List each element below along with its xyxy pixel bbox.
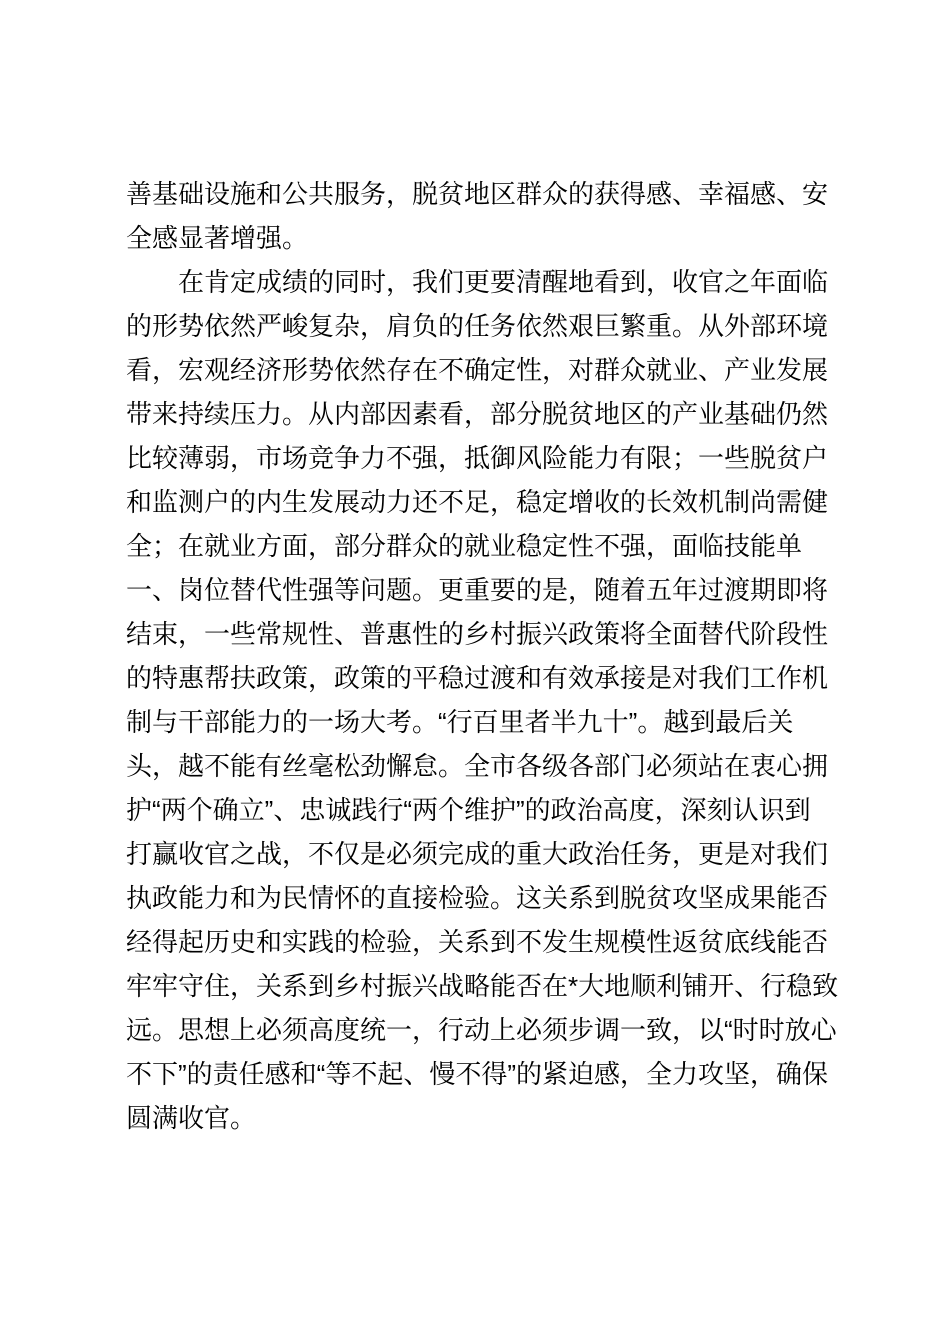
text-line: 打赢收官之战，不仅是必须完成的重大政治任务，更是对我们 — [126, 832, 842, 876]
document-page: 善基础设施和公共服务，脱贫地区群众的获得感、幸福感、安 全感显著增强。 在肯定成… — [0, 0, 950, 1344]
text-line: 在肯定成绩的同时，我们更要清醒地看到，收官之年面临 — [126, 260, 842, 304]
text-line: 一、岗位替代性强等问题。更重要的是，随着五年过渡期即将 — [126, 568, 842, 612]
paragraph: 在肯定成绩的同时，我们更要清醒地看到，收官之年面临 的形势依然严峻复杂，肩负的任… — [126, 260, 842, 1140]
text-line: 圆满收官。 — [126, 1096, 842, 1140]
text-line: 结束，一些常规性、普惠性的乡村振兴政策将全面替代阶段性 — [126, 612, 842, 656]
paragraph-continuation: 善基础设施和公共服务，脱贫地区群众的获得感、幸福感、安 全感显著增强。 — [126, 172, 842, 260]
text-line: 的形势依然严峻复杂，肩负的任务依然艰巨繁重。从外部环境 — [126, 304, 842, 348]
text-line: 头，越不能有丝毫松劲懈怠。全市各级各部门必须站在衷心拥 — [126, 744, 842, 788]
text-line: 比较薄弱，市场竞争力不强，抵御风险能力有限；一些脱贫户 — [126, 436, 842, 480]
text-line: 全；在就业方面，部分群众的就业稳定性不强，面临技能单 — [126, 524, 842, 568]
text-line: 带来持续压力。从内部因素看，部分脱贫地区的产业基础仍然 — [126, 392, 842, 436]
text-line: 善基础设施和公共服务，脱贫地区群众的获得感、幸福感、安 — [126, 172, 842, 216]
text-line: 制与干部能力的一场大考。“行百里者半九十”。越到最后关 — [126, 700, 842, 744]
text-line: 远。思想上必须高度统一，行动上必须步调一致，以“时时放心 — [126, 1008, 842, 1052]
text-line: 不下”的责任感和“等不起、慢不得”的紧迫感，全力攻坚，确保 — [126, 1052, 842, 1096]
text-line: 牢牢守住，关系到乡村振兴战略能否在*大地顺利铺开、行稳致 — [126, 964, 842, 1008]
text-line: 的特惠帮扶政策，政策的平稳过渡和有效承接是对我们工作机 — [126, 656, 842, 700]
text-line: 全感显著增强。 — [126, 216, 842, 260]
text-line: 执政能力和为民情怀的直接检验。这关系到脱贫攻坚成果能否 — [126, 876, 842, 920]
text-line: 护“两个确立”、忠诚践行“两个维护”的政治高度，深刻认识到 — [126, 788, 842, 832]
text-block: 善基础设施和公共服务，脱贫地区群众的获得感、幸福感、安 全感显著增强。 在肯定成… — [126, 172, 842, 1140]
text-line: 看，宏观经济形势依然存在不确定性，对群众就业、产业发展 — [126, 348, 842, 392]
text-line: 经得起历史和实践的检验，关系到不发生规模性返贫底线能否 — [126, 920, 842, 964]
text-line: 和监测户的内生发展动力还不足，稳定增收的长效机制尚需健 — [126, 480, 842, 524]
